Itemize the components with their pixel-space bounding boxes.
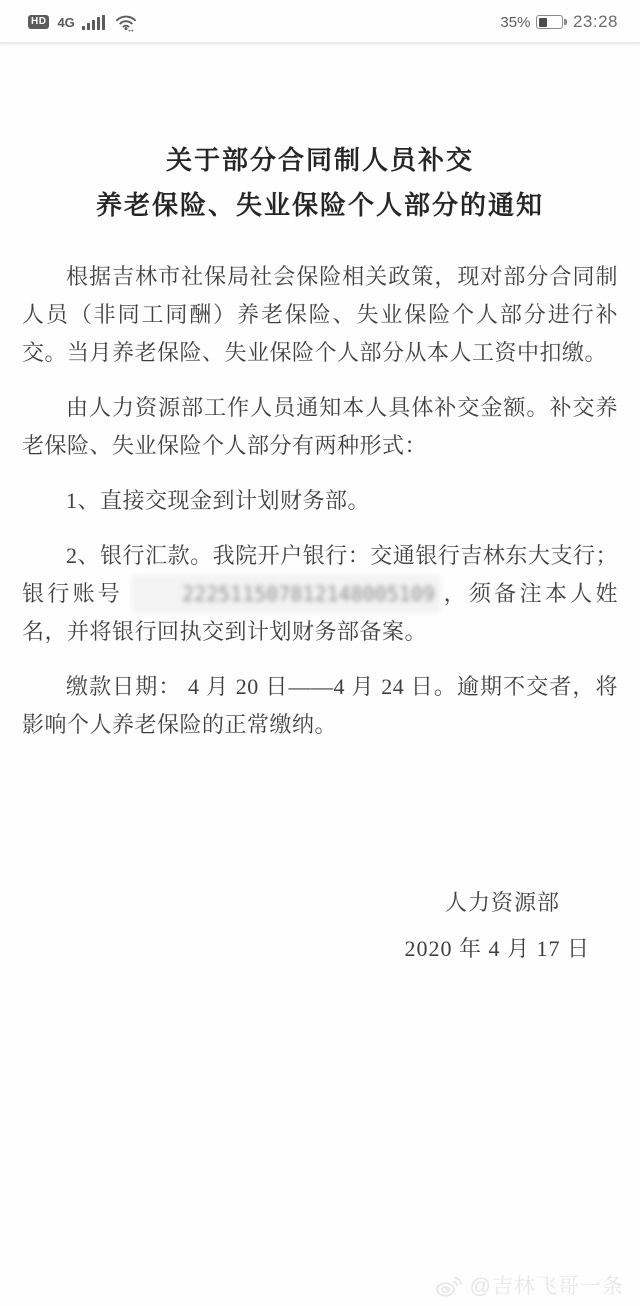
- signal-bars-icon: [82, 15, 105, 30]
- notice-document: 关于部分合同制人员补交 养老保险、失业保险个人部分的通知 根据吉林市社保局社会保…: [0, 138, 640, 966]
- bank-account-number-redacted: 222511507812148005109: [132, 575, 441, 613]
- network-type-label: 4G: [57, 16, 74, 29]
- paragraph-policy: 根据吉林市社保局社会保险相关政策，现对部分合同制人员（非同工同酬）养老保险、失业…: [22, 258, 618, 372]
- watermark: @吉林飞哥一条: [434, 1270, 624, 1300]
- status-bar-divider: [0, 42, 640, 44]
- clock-label: 23:28: [573, 12, 618, 32]
- hd-badge-icon: HD: [28, 15, 49, 29]
- watermark-text: @吉林飞哥一条: [470, 1270, 624, 1300]
- phone-screenshot: HD 4G 35% 23:28: [0, 0, 640, 1306]
- list-item-bank-transfer: 2、银行汇款。我院开户银行：交通银行吉林东大支行；银行账号 2225115078…: [22, 537, 618, 651]
- status-bar: HD 4G 35% 23:28: [0, 0, 640, 36]
- paragraph-deadline: 缴款日期： 4 月 20 日——4 月 24 日。逾期不交者，将影响个人养老保险…: [22, 668, 618, 744]
- signature-date: 2020 年 4 月 17 日: [22, 932, 618, 966]
- signature-block: 人力资源部 2020 年 4 月 17 日: [22, 886, 618, 966]
- battery-icon: [536, 15, 567, 29]
- wifi-icon: [114, 13, 138, 32]
- status-bar-right: 35% 23:28: [500, 12, 618, 32]
- signature-department: 人力资源部: [22, 886, 618, 920]
- battery-percent-label: 35%: [500, 14, 530, 31]
- weibo-icon: [434, 1272, 464, 1298]
- document-title-line1: 关于部分合同制人员补交: [22, 138, 618, 183]
- document-title-line2: 养老保险、失业保险个人部分的通知: [22, 183, 618, 228]
- document-body: 根据吉林市社保局社会保险相关政策，现对部分合同制人员（非同工同酬）养老保险、失业…: [22, 258, 618, 744]
- paragraph-hr-notify: 由人力资源部工作人员通知本人具体补交金额。补交养老保险、失业保险个人部分有两种形…: [22, 389, 618, 465]
- list-item-cash-payment: 1、直接交现金到计划财务部。: [22, 482, 618, 520]
- status-bar-left: HD 4G: [28, 13, 138, 32]
- document-title: 关于部分合同制人员补交 养老保险、失业保险个人部分的通知: [22, 138, 618, 228]
